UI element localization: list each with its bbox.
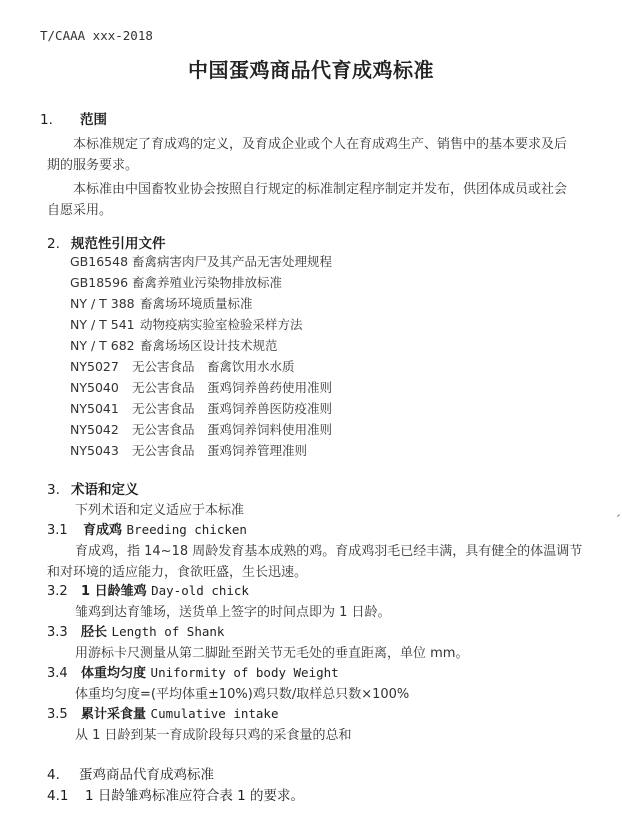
term-zh: 胫长 (81, 625, 107, 640)
term-zh: 1 日龄雏鸡 (81, 584, 147, 599)
reference-item: NY5027无公害食品 畜禽饮用水水质 (70, 357, 295, 375)
term-3-1-definition-line-1: 育成鸡，指 14~18 周龄发育基本成熟的鸡。育成鸡羽毛已经丰满，具有健全的体温… (75, 540, 582, 559)
term-number: 3.1 (47, 523, 83, 538)
reference-name: 动物疫病实验室检验采样方法 (140, 317, 303, 332)
reference-name: 无公害食品 蛋鸡饲养兽医防疫准则 (132, 401, 332, 416)
section-number: 4. (47, 767, 79, 783)
term-number: 3.3 (47, 625, 81, 640)
reference-code: NY / T 541 (70, 317, 140, 332)
section-1-heading: 1.范围 (40, 108, 107, 128)
term-number: 3.5 (47, 707, 81, 722)
term-3-3-heading: 3.3胫长 Length of Shank (47, 621, 224, 640)
reference-item: NY / T 541动物疫病实验室检验采样方法 (70, 315, 303, 333)
document-title: 中国蛋鸡商品代育成鸡标准 (0, 54, 622, 83)
reference-code: NY5042 (70, 422, 132, 437)
reference-code: NY5041 (70, 401, 132, 416)
section-3-heading: 3.术语和定义 (47, 478, 139, 498)
reference-name: 无公害食品 蛋鸡饲养兽药使用准则 (132, 380, 332, 395)
subsection-text: 1 日龄雏鸡标准应符合表 1 的要求。 (85, 788, 304, 804)
section-title: 范围 (80, 112, 107, 128)
reference-item: NY / T 682畜禽场场区设计技术规范 (70, 336, 278, 354)
reference-name: 畜禽养殖业污染物排放标准 (132, 275, 282, 290)
reference-item: GB16548畜禽病害肉尸及其产品无害处理规程 (70, 252, 332, 270)
reference-code: NY5040 (70, 380, 132, 395)
term-en: Uniformity of body Weight (151, 665, 339, 680)
section-4-1: 4.11 日龄雏鸡标准应符合表 1 的要求。 (47, 784, 304, 804)
reference-code: GB16548 (70, 254, 132, 269)
term-3-1-heading: 3.1育成鸡 Breeding chicken (47, 519, 247, 538)
document-id: T/CAAA xxx-2018 (40, 28, 153, 43)
reference-name: 无公害食品 畜禽饮用水水质 (132, 359, 295, 374)
term-zh: 育成鸡 (83, 523, 122, 538)
term-en: Day-old chick (151, 583, 249, 598)
term-en: Cumulative intake (151, 706, 279, 721)
term-zh: 体重均匀度 (81, 666, 146, 681)
term-3-4-heading: 3.4体重均匀度 Uniformity of body Weight (47, 662, 339, 681)
term-zh: 累计采食量 (81, 707, 146, 722)
reference-code: NY / T 388 (70, 296, 140, 311)
section-title: 蛋鸡商品代育成鸡标准 (79, 767, 214, 783)
section-3-intro: 下列术语和定义适应于本标准 (75, 499, 244, 518)
reference-code: GB18596 (70, 275, 132, 290)
term-number: 3.2 (47, 584, 81, 599)
term-3-2-definition: 雏鸡到达育雏场，送货单上签字的时间点即为 1 日龄。 (75, 601, 391, 620)
section-number: 3. (47, 482, 71, 498)
section-4-heading: 4.蛋鸡商品代育成鸡标准 (47, 763, 214, 783)
section-1-paragraph-2-line-1: 本标准由中国畜牧业协会按照自行规定的标准制定程序制定并发布，供团体成员或社会 (73, 178, 567, 197)
section-1-paragraph-1-line-2: 期的服务要求。 (47, 154, 138, 173)
term-3-4-formula: 体重均匀度=(平均体重±10%)鸡只数/取样总只数×100% (75, 683, 409, 702)
reference-name: 畜禽病害肉尸及其产品无害处理规程 (132, 254, 332, 269)
section-number: 1. (40, 112, 80, 128)
section-title: 规范性引用文件 (71, 236, 166, 252)
reference-item: GB18596畜禽养殖业污染物排放标准 (70, 273, 282, 291)
section-2-heading: 2.规范性引用文件 (47, 232, 166, 252)
reference-name: 畜禽场场区设计技术规范 (140, 338, 278, 353)
term-3-5-heading: 3.5累计采食量 Cumulative intake (47, 703, 278, 722)
term-3-5-definition: 从 1 日龄到某一育成阶段每只鸡的采食量的总和 (75, 724, 352, 743)
term-number: 3.4 (47, 666, 81, 681)
reference-item: NY5042无公害食品 蛋鸡饲养饲料使用准则 (70, 420, 332, 438)
reference-code: NY / T 682 (70, 338, 140, 353)
reference-name: 无公害食品 蛋鸡饲养管理准则 (132, 443, 307, 458)
term-en: Length of Shank (112, 624, 225, 639)
section-1-paragraph-2-line-2: 自愿采用。 (47, 199, 112, 218)
reference-code: NY5043 (70, 443, 132, 458)
section-number: 2. (47, 236, 71, 252)
section-1-paragraph-1-line-1: 本标准规定了育成鸡的定义，及育成企业或个人在育成鸡生产、销售中的基本要求及后 (73, 133, 567, 152)
term-en: Breeding chicken (127, 522, 247, 537)
reference-item: NY / T 388畜禽场环境质量标准 (70, 294, 253, 312)
reference-item: NY5040无公害食品 蛋鸡饲养兽药使用准则 (70, 378, 332, 396)
reference-item: NY5043无公害食品 蛋鸡饲养管理准则 (70, 441, 307, 459)
section-title: 术语和定义 (71, 482, 139, 498)
term-3-1-definition-line-2: 和对环境的适应能力，食欲旺盛，生长迅速。 (47, 561, 307, 580)
scan-artifact-mark (617, 514, 620, 517)
subsection-number: 4.1 (47, 788, 85, 804)
reference-item: NY5041无公害食品 蛋鸡饲养兽医防疫准则 (70, 399, 332, 417)
reference-code: NY5027 (70, 359, 132, 374)
term-3-3-definition: 用游标卡尺测量从第二脚趾至跗关节无毛处的垂直距离，单位 mm。 (75, 642, 468, 661)
reference-name: 无公害食品 蛋鸡饲养饲料使用准则 (132, 422, 332, 437)
term-3-2-heading: 3.21 日龄雏鸡 Day-old chick (47, 580, 249, 599)
reference-name: 畜禽场环境质量标准 (140, 296, 253, 311)
